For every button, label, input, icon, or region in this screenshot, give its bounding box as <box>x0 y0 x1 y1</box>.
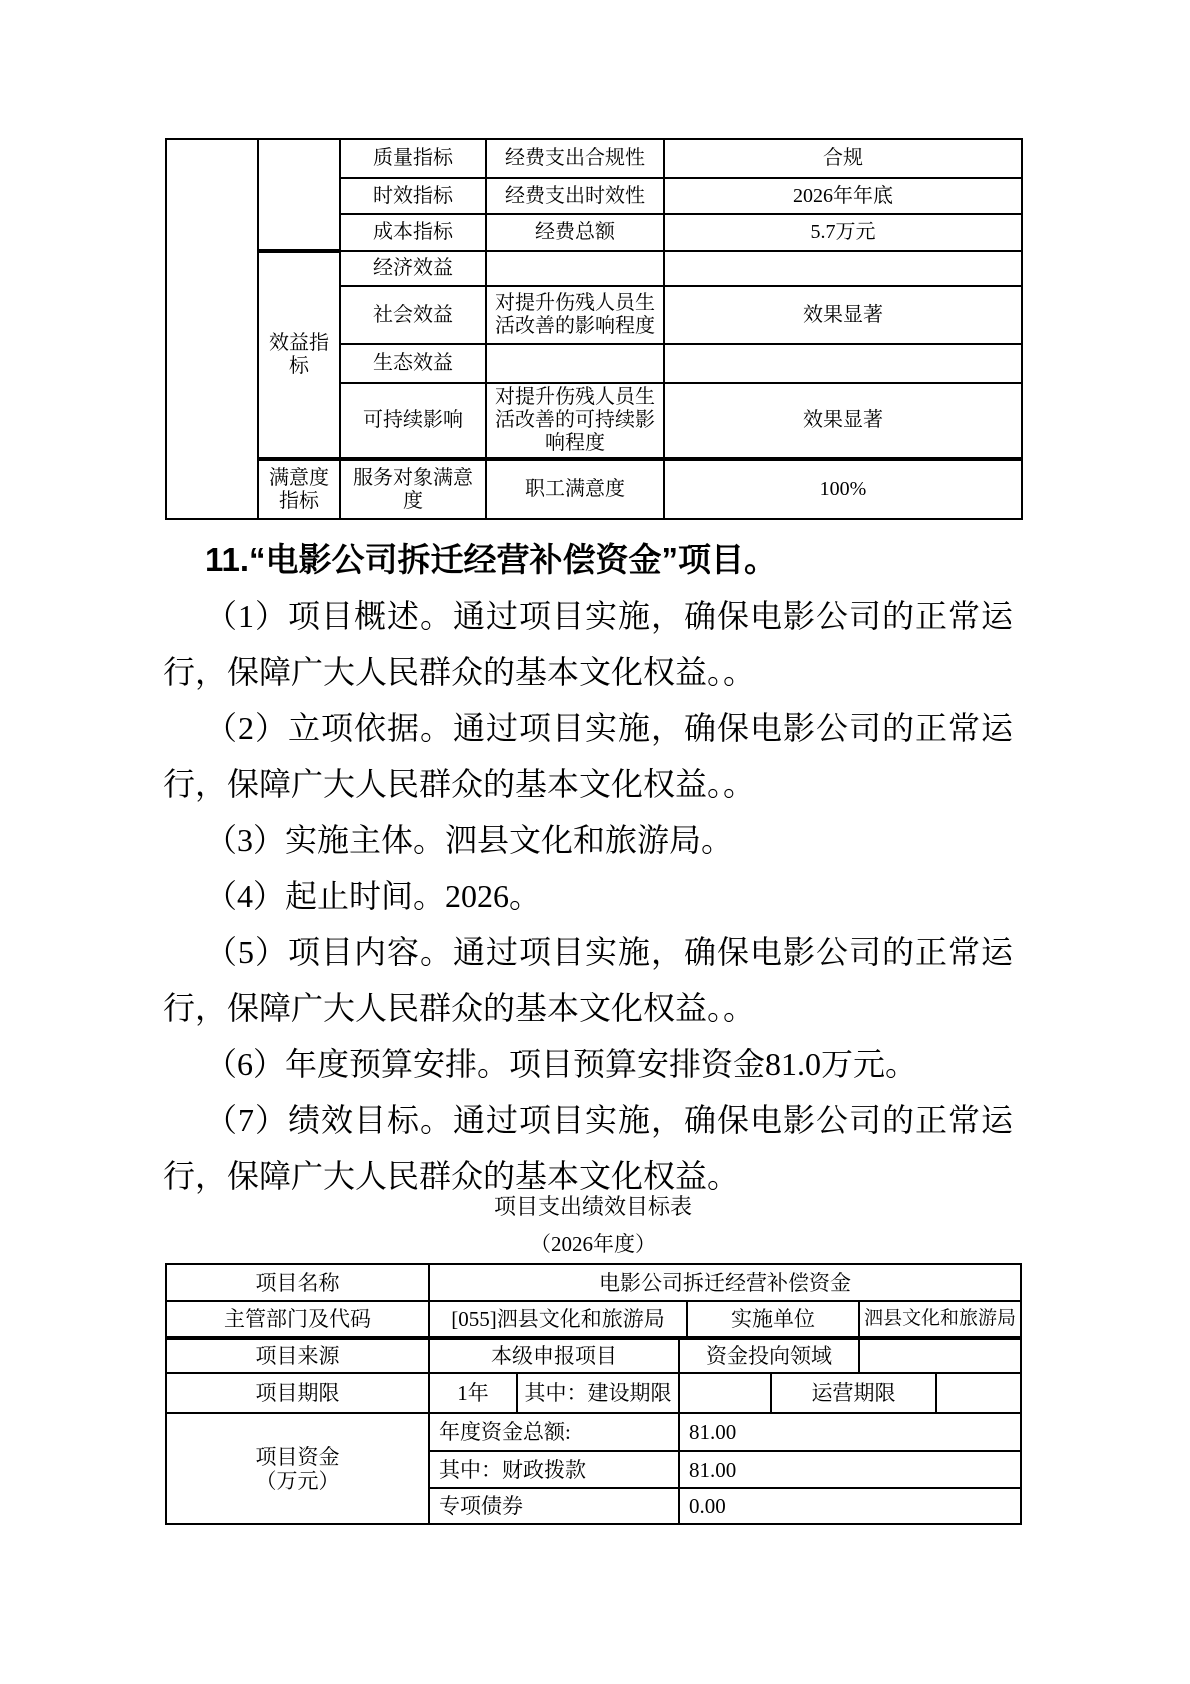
indicator-type-cell: 经济效益 <box>340 251 486 286</box>
indicator-value-cell: 5.7万元 <box>664 214 1022 251</box>
impl-unit-label: 实施单位 <box>687 1301 859 1338</box>
goal-table-subtitle: （2026年度） <box>165 1232 1021 1256</box>
paragraph-goal: （7）绩效目标。通过项目实施，确保电影公司的正常运行，保障广大人民群众的基本文化… <box>163 1092 1013 1204</box>
indicator-type-cell: 时效指标 <box>340 178 486 214</box>
indicator-group-cell-satisfaction: 满意度指标 <box>258 459 340 519</box>
project-goal-table: 项目名称 电影公司拆迁经营补偿资金 主管部门及代码 [055]泗县文化和旅游局 … <box>165 1263 1022 1525</box>
indicator-type-cell: 社会效益 <box>340 286 486 344</box>
indicator-type-cell: 质量指标 <box>340 139 486 178</box>
indicator-type-cell: 生态效益 <box>340 344 486 383</box>
stub-cell <box>166 139 258 519</box>
operation-period-label: 运营期限 <box>771 1373 936 1413</box>
funds-total-value: 81.00 <box>679 1413 1021 1451</box>
indicator-type-cell: 成本指标 <box>340 214 486 251</box>
indicator-group-cell-benefit: 效益指标 <box>258 251 340 459</box>
document-page: { "indicator_table": { "benefit_group_la… <box>0 0 1190 1684</box>
paragraph-content: （5）项目内容。通过项目实施，确保电影公司的正常运行，保障广大人民群众的基本文化… <box>163 924 1013 1036</box>
paragraph-basis: （2）立项依据。通过项目实施，确保电影公司的正常运行，保障广大人民群众的基本文化… <box>163 700 1013 812</box>
operation-period-value <box>936 1373 1021 1413</box>
indicator-type-cell: 服务对象满意度 <box>340 459 486 519</box>
indicator-name-cell: 职工满意度 <box>486 459 664 519</box>
funds-label-line2: （万元） <box>169 1469 426 1493</box>
construction-period-value <box>679 1373 771 1413</box>
section-heading: 11.“电影公司拆迁经营补偿资金”项目。 <box>163 532 1013 588</box>
indicator-name-cell <box>486 251 664 286</box>
period-label: 项目期限 <box>166 1373 429 1413</box>
performance-indicator-table: 质量指标 经费支出合规性 合规 时效指标 经费支出时效性 2026年年底 成本指… <box>165 138 1023 520</box>
period-value: 1年 <box>429 1373 517 1413</box>
indicator-type-cell: 可持续影响 <box>340 383 486 459</box>
indicator-value-cell: 合规 <box>664 139 1022 178</box>
funds-fiscal-value: 81.00 <box>679 1451 1021 1488</box>
indicator-group-cell <box>258 139 340 251</box>
funds-label-line1: 项目资金 <box>169 1445 426 1469</box>
paragraph-overview: （1）项目概述。通过项目实施，确保电影公司的正常运行，保障广大人民群众的基本文化… <box>163 588 1013 700</box>
indicator-value-cell <box>664 251 1022 286</box>
funds-fiscal-label: 其中：财政拨款 <box>429 1451 679 1488</box>
funds-bond-label: 专项债券 <box>429 1488 679 1524</box>
construction-period-label: 其中：建设期限 <box>517 1373 679 1413</box>
section-body: 11.“电影公司拆迁经营补偿资金”项目。 （1）项目概述。通过项目实施，确保电影… <box>163 532 1013 1204</box>
dept-value: [055]泗县文化和旅游局 <box>429 1301 687 1338</box>
source-label: 项目来源 <box>166 1338 429 1373</box>
indicator-name-cell: 对提升伤残人员生活改善的影响程度 <box>486 286 664 344</box>
indicator-name-cell <box>486 344 664 383</box>
invest-field-label: 资金投向领域 <box>679 1338 859 1373</box>
indicator-name-cell: 对提升伤残人员生活改善的可持续影响程度 <box>486 383 664 459</box>
project-name-value: 电影公司拆迁经营补偿资金 <box>429 1264 1021 1301</box>
funds-label: 项目资金 （万元） <box>166 1413 429 1524</box>
invest-field-value <box>859 1338 1021 1373</box>
impl-unit-value: 泗县文化和旅游局 <box>859 1301 1021 1338</box>
paragraph-budget: （6）年度预算安排。项目预算安排资金81.0万元。 <box>163 1036 1013 1092</box>
indicator-name-cell: 经费支出时效性 <box>486 178 664 214</box>
paragraph-timeframe: （4）起止时间。2026。 <box>163 868 1013 924</box>
indicator-name-cell: 经费总额 <box>486 214 664 251</box>
funds-bond-value: 0.00 <box>679 1488 1021 1524</box>
goal-table-title: 项目支出绩效目标表 <box>165 1194 1021 1220</box>
project-name-label: 项目名称 <box>166 1264 429 1301</box>
dept-label: 主管部门及代码 <box>166 1301 429 1338</box>
indicator-value-cell: 2026年年底 <box>664 178 1022 214</box>
funds-total-label: 年度资金总额: <box>429 1413 679 1451</box>
indicator-value-cell <box>664 344 1022 383</box>
indicator-name-cell: 经费支出合规性 <box>486 139 664 178</box>
indicator-value-cell: 100% <box>664 459 1022 519</box>
paragraph-implementer: （3）实施主体。泗县文化和旅游局。 <box>163 812 1013 868</box>
source-value: 本级申报项目 <box>429 1338 679 1373</box>
indicator-value-cell: 效果显著 <box>664 383 1022 459</box>
indicator-value-cell: 效果显著 <box>664 286 1022 344</box>
